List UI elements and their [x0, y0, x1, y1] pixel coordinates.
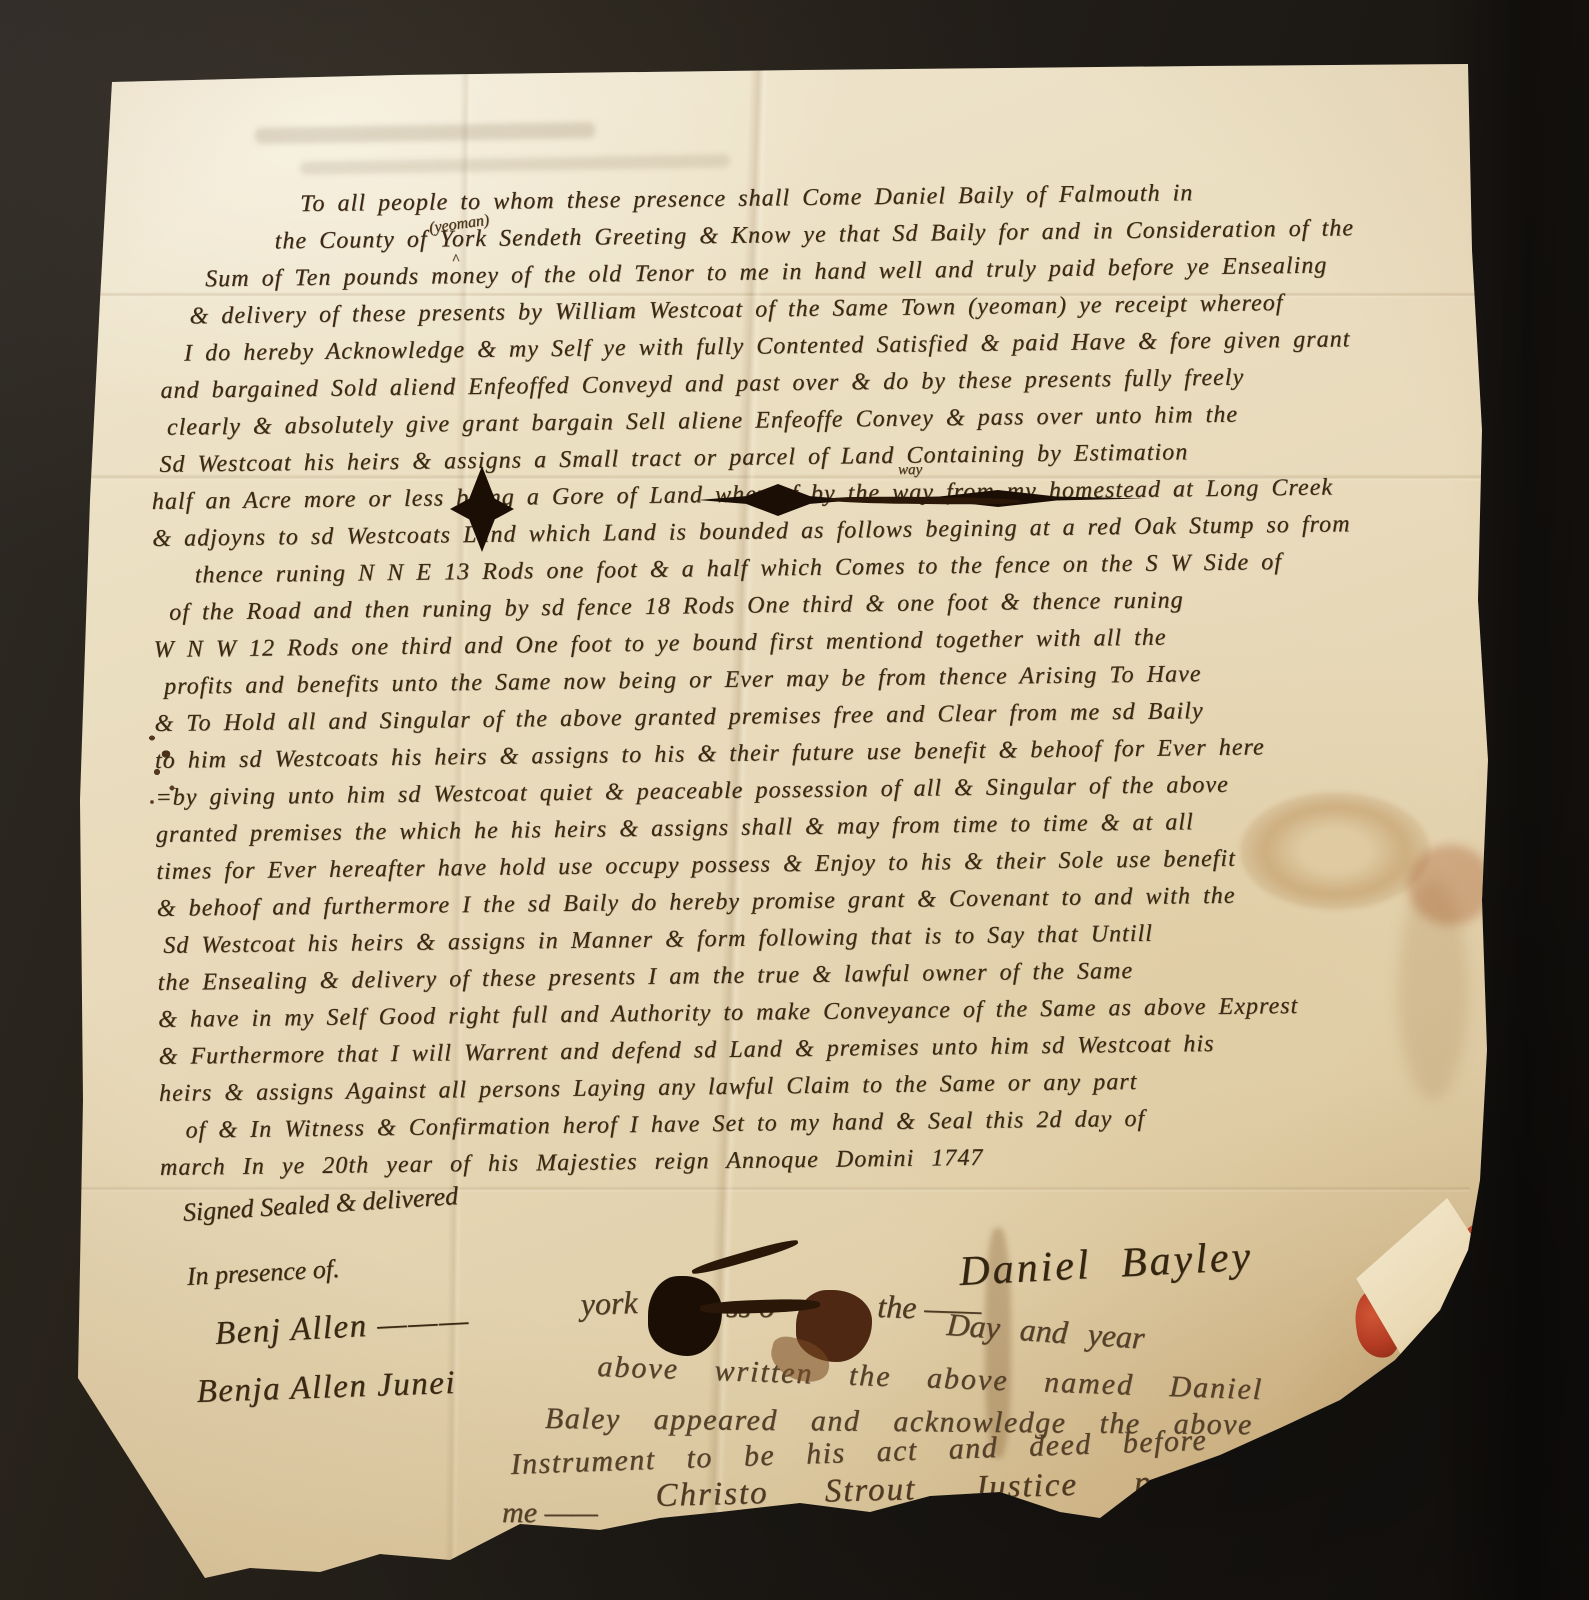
insertion-way: way: [898, 462, 922, 479]
acknowledgment-line: york: [580, 1284, 638, 1323]
caret-mark: ^: [452, 252, 458, 269]
acknowledgment-line: me ——: [502, 1496, 598, 1530]
deed-body: To all people to whom these presence sha…: [148, 173, 1366, 1187]
ink-blot: [648, 1276, 722, 1356]
photo-background: To all people to whom these presence sha…: [0, 0, 1589, 1600]
deed-paper: To all people to whom these presence sha…: [0, 0, 1589, 1600]
